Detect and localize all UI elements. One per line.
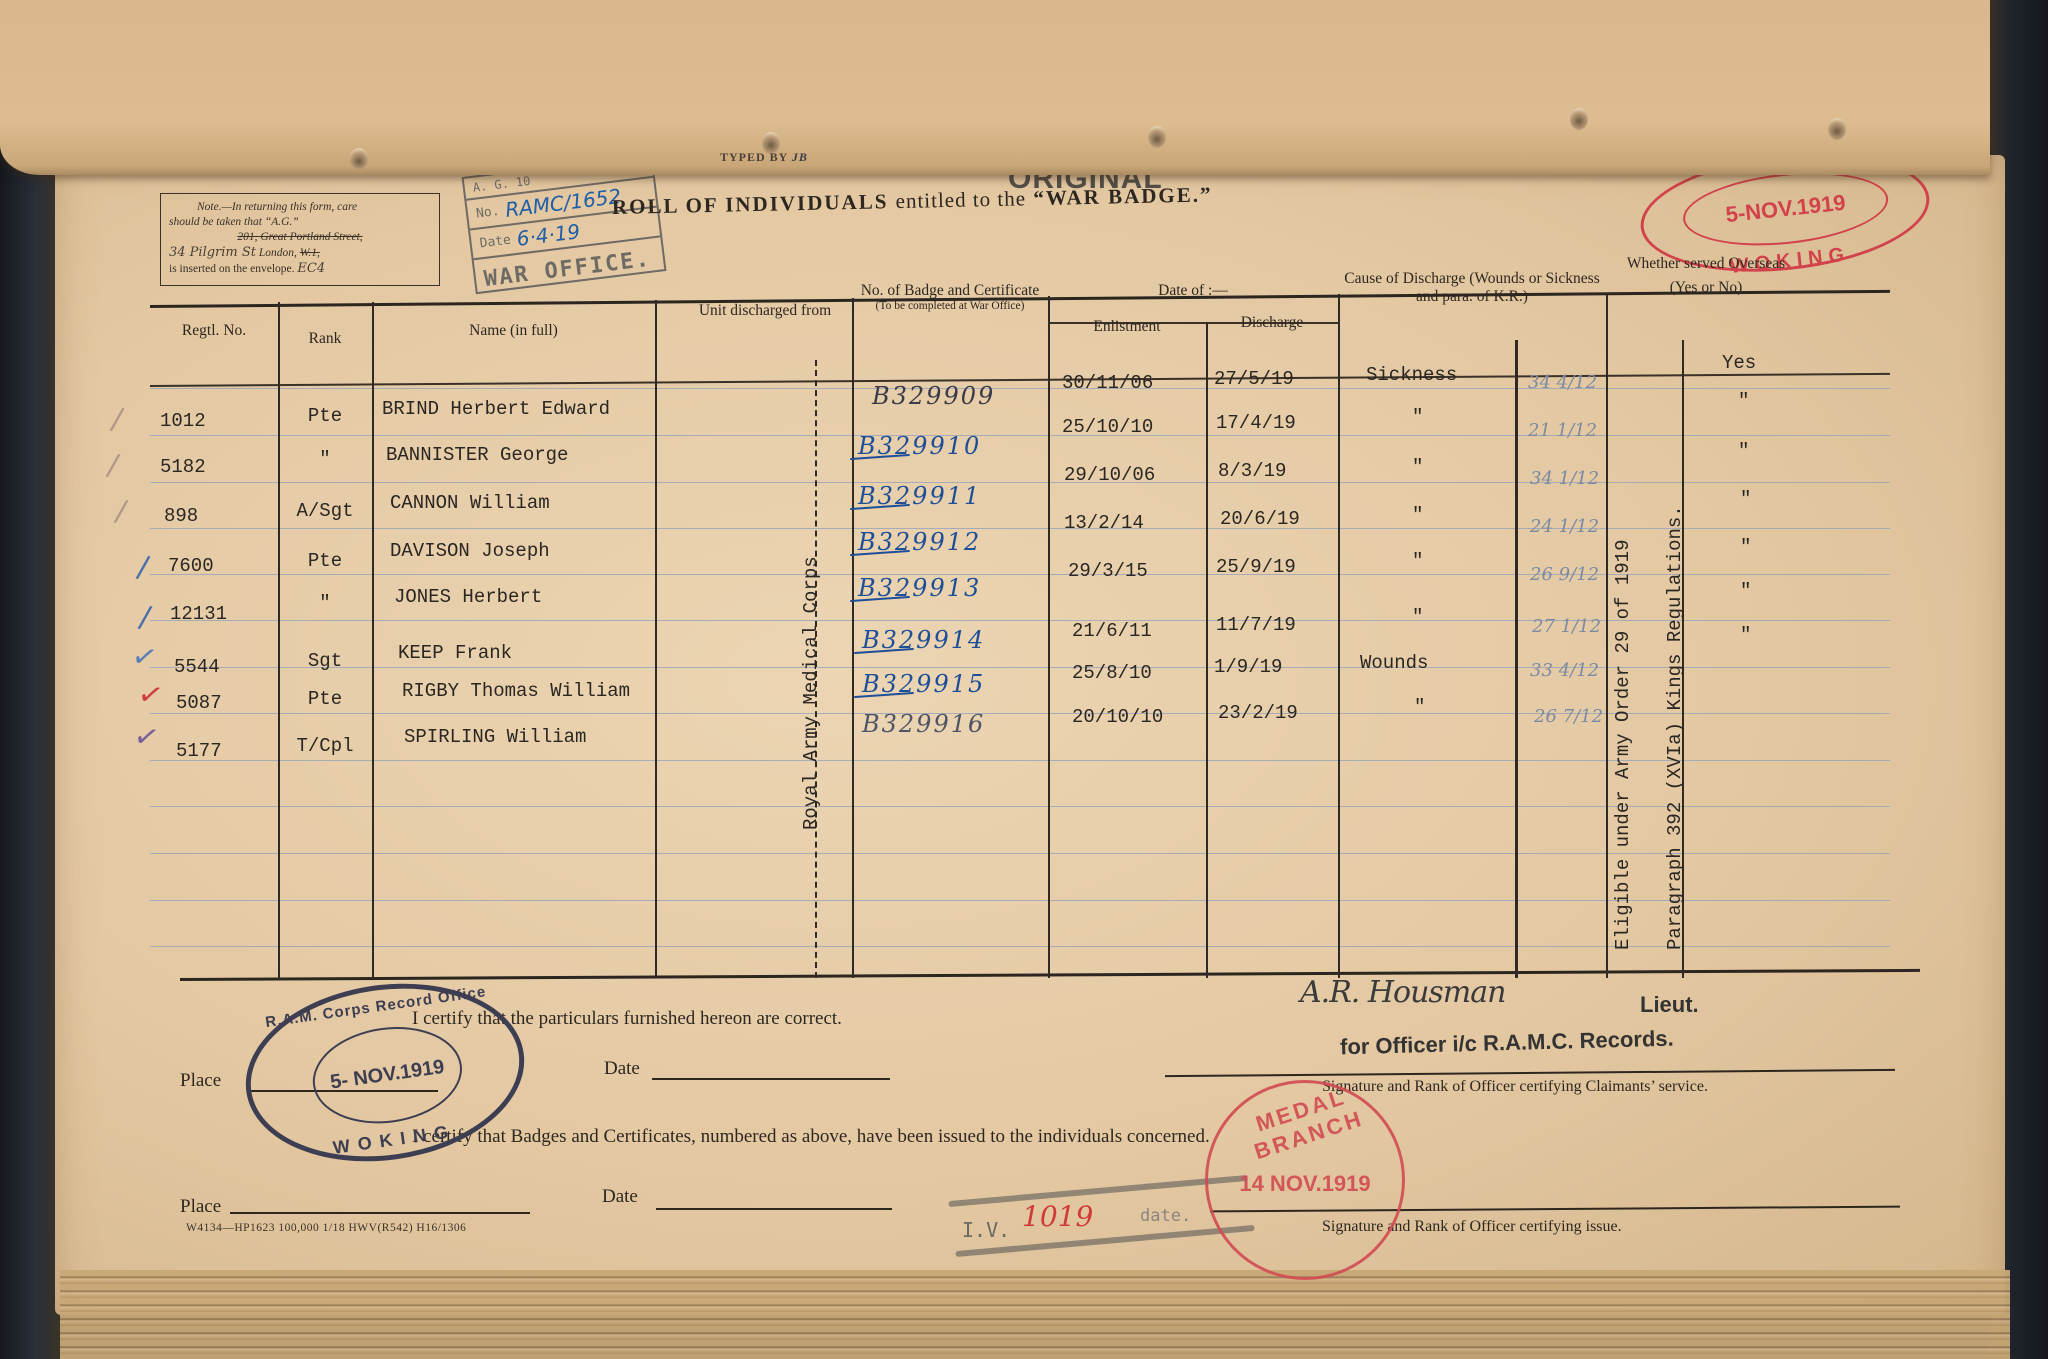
cell-rank: ": [285, 592, 365, 614]
cell-enlistment: 21/6/11: [1072, 620, 1152, 642]
date-field-2[interactable]: [656, 1208, 892, 1210]
cell-service: 27 1/12: [1532, 616, 1601, 637]
cell-badge-no: B329915: [862, 670, 985, 698]
cell-service: 34 1/12: [1530, 468, 1599, 489]
cell-name: CANNON William: [390, 492, 550, 514]
note-line: Note.—In returning this form, care: [169, 200, 431, 215]
header-badge-no-note: (To be completed at War Office): [852, 300, 1048, 313]
cell-discharge: 27/5/19: [1214, 368, 1294, 390]
header-unit: Unit discharged from: [680, 302, 850, 320]
cell-regtl-no: 12131: [170, 603, 227, 625]
cell-discharge: 11/7/19: [1216, 614, 1296, 636]
cell-service: 21 1/12: [1528, 420, 1597, 441]
medal-branch-stamp: MEDAL BRANCH 14 NOV.1919: [1205, 1080, 1405, 1280]
cell-rank: Sgt: [285, 650, 365, 672]
cell-name: JONES Herbert: [394, 586, 542, 608]
date-field-1[interactable]: [652, 1078, 890, 1080]
cell-cause: ": [1414, 696, 1425, 718]
typed-by-text: TYPED BY: [720, 150, 788, 164]
date-label: Date: [479, 232, 512, 251]
header-rank: Rank: [278, 330, 372, 348]
cell-enlistment: 29/3/15: [1068, 560, 1148, 582]
no-label: No.: [475, 203, 500, 221]
title-entitled: entitled to the: [895, 186, 1026, 213]
page-stack-edges: [60, 1270, 2010, 1359]
cell-cause: ": [1412, 550, 1423, 572]
cell-enlistment: 29/10/06: [1064, 464, 1155, 486]
printer-code: W4134—HP1623 100,000 1/18 HWV(R542) H16/…: [186, 1222, 466, 1234]
cell-cause: ": [1412, 606, 1423, 628]
cell-regtl-no: 1012: [160, 410, 206, 432]
cell-rank: Pte: [285, 405, 365, 427]
cell-enlistment: 20/10/10: [1072, 706, 1163, 728]
cell-rank: Pte: [285, 688, 365, 710]
date-label-1: Date: [604, 1058, 640, 1080]
cell-cause: Wounds: [1360, 652, 1428, 674]
cell-overseas: ": [1738, 440, 1749, 462]
cell-regtl-no: 5544: [174, 656, 220, 678]
certify-issued-text: I certify that Badges and Certificates, …: [412, 1126, 1210, 1148]
cell-name: SPIRLING William: [404, 726, 586, 748]
form-number: A. G. 10: [472, 174, 531, 195]
cell-overseas: ": [1740, 580, 1751, 602]
note-handwritten-address: 34 Pilgrim St: [169, 245, 256, 260]
header-overseas-label: Whether served Overseas: [1627, 255, 1785, 272]
cell-service: 26 9/12: [1530, 564, 1599, 585]
eligibility-army-order: Eligible under Army Order 29 of 1919: [1612, 540, 1634, 950]
cell-overseas: ": [1738, 390, 1749, 412]
title-roll: ROLL OF INDIVIDUALS: [612, 189, 889, 219]
cell-overseas: ": [1740, 624, 1751, 646]
header-date-of: Date of :—: [1048, 282, 1338, 300]
note-line: London,: [259, 247, 297, 259]
cell-enlistment: 25/8/10: [1072, 662, 1152, 684]
cell-regtl-no: 7600: [168, 555, 214, 577]
rank-lieut: Lieut.: [1640, 992, 1699, 1018]
badge-roll-table: Regtl. No. Rank Name (in full) Unit disc…: [150, 260, 1890, 985]
note-struck-postcode: W.1,: [300, 247, 320, 259]
cell-overseas: ": [1740, 536, 1751, 558]
header-badge-no: No. of Badge and Certificate (To be comp…: [852, 282, 1048, 313]
cell-rank: T/Cpl: [285, 735, 365, 757]
cell-cause: ": [1412, 456, 1423, 478]
header-badge-no-label: No. of Badge and Certificate: [861, 282, 1040, 299]
iv-number: 1019: [1022, 1200, 1093, 1233]
cell-service: 26 7/12: [1534, 706, 1603, 727]
header-cause: Cause of Discharge (Wounds or Sickness a…: [1338, 270, 1606, 306]
reference-date: 6·4·19: [515, 219, 581, 251]
title-war-badge: “WAR BADGE.”: [1033, 182, 1213, 210]
cell-badge-no: B329909: [872, 382, 995, 410]
place-label-1: Place: [180, 1070, 221, 1092]
note-struck-address: 201, Great Portland Street,: [237, 231, 362, 243]
header-overseas: Whether served Overseas (Yes or No): [1606, 255, 1806, 297]
cell-name: KEEP Frank: [398, 642, 512, 664]
cell-cause: ": [1412, 504, 1423, 526]
stamp-date: 14 NOV.1919: [1208, 1171, 1402, 1197]
cell-regtl-no: 5177: [176, 740, 222, 762]
cell-cause: Sickness: [1366, 364, 1457, 386]
header-name: Name (in full): [372, 322, 655, 340]
typed-by-initials: JB: [792, 150, 808, 164]
cell-rank: A/Sgt: [280, 500, 370, 522]
book-binding-left: [0, 120, 60, 1359]
cell-rank: Pte: [285, 550, 365, 572]
cell-enlistment: 25/10/10: [1062, 416, 1153, 438]
cell-badge-no: B329913: [858, 574, 981, 602]
punch-hole: [1148, 126, 1166, 148]
place-label-2: Place: [180, 1196, 221, 1218]
cell-overseas: ": [1740, 488, 1751, 510]
cell-service: 24 1/12: [1530, 516, 1599, 537]
cell-enlistment: 30/11/06: [1062, 372, 1153, 394]
cell-badge-no: B329911: [858, 482, 981, 510]
cell-badge-no: B329910: [858, 432, 981, 460]
header-overseas-note: (Yes or No): [1606, 279, 1806, 297]
folded-blank-page: [0, 0, 1990, 175]
cell-name: DAVISON Joseph: [390, 540, 550, 562]
place-field-2[interactable]: [230, 1212, 530, 1214]
cell-rank: ": [285, 448, 365, 470]
unit-royal-army-medical-corps: Royal Army Medical Corps: [800, 556, 822, 830]
cell-regtl-no: 5087: [176, 692, 222, 714]
cell-regtl-no: 5182: [160, 456, 206, 478]
eligibility-kings-regulations: Paragraph 392 (XVIa) Kings Regulations.: [1664, 505, 1686, 950]
header-regtl-no: Regtl. No.: [150, 322, 278, 340]
cell-name: BRIND Herbert Edward: [382, 398, 610, 420]
cell-discharge: 17/4/19: [1216, 412, 1296, 434]
cell-regtl-no: 898: [164, 505, 198, 527]
iv-label: I.V.: [962, 1218, 1010, 1242]
cell-discharge: 8/3/19: [1218, 460, 1286, 482]
header-enlistment: Enlistment: [1048, 318, 1206, 336]
stamp-date: 5- NOV.1919: [329, 1056, 446, 1095]
cell-discharge: 1/9/19: [1214, 656, 1282, 678]
stamp-date: 5-NOV.1919: [1724, 190, 1846, 228]
cell-discharge: 20/6/19: [1220, 508, 1300, 530]
cell-service: 34 4/12: [1528, 372, 1597, 393]
cell-badge-no: B329912: [858, 528, 981, 556]
iv-date-label: date.: [1140, 1206, 1191, 1226]
date-label-2: Date: [602, 1186, 638, 1208]
typed-by-label: TYPED BY JB: [720, 150, 808, 165]
cell-name: BANNISTER George: [386, 444, 568, 466]
punch-hole: [1828, 118, 1846, 140]
header-discharge: Discharge: [1206, 314, 1338, 332]
punch-hole: [1570, 108, 1588, 130]
cell-name: RIGBY Thomas William: [402, 680, 630, 702]
note-line: should be taken that “A.G.”: [169, 215, 431, 230]
cell-discharge: 25/9/19: [1216, 556, 1296, 578]
cell-badge-no: B329916: [862, 710, 985, 738]
officer-signature: A.R. Housman: [1300, 975, 1505, 1010]
punch-hole: [350, 148, 368, 170]
cell-badge-no: B329914: [862, 626, 985, 654]
cell-service: 33 4/12: [1530, 660, 1599, 681]
cell-enlistment: 13/2/14: [1064, 512, 1144, 534]
cell-discharge: 23/2/19: [1218, 702, 1298, 724]
cell-cause: ": [1412, 406, 1423, 428]
cell-overseas: Yes: [1722, 352, 1756, 374]
